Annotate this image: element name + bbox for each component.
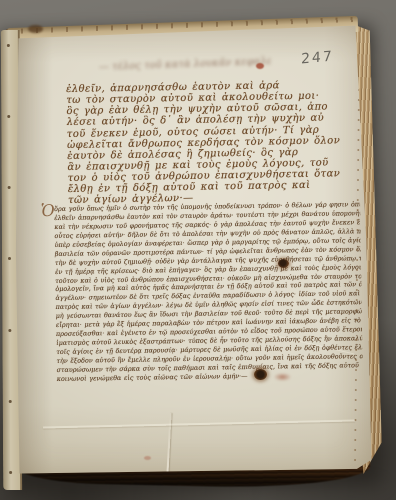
gospel-text-block: ἐλθεῖν, ἀπαρνησάσθω ἑαυτὸν καὶ ἀράτω τὸν… xyxy=(66,79,360,207)
ink-blot xyxy=(254,369,267,380)
manuscript-page: 247 — τέλος τοῦ κατὰ λουκᾶν κεφαλαίου ρξ… xyxy=(13,21,375,479)
commentary-scholia-block: ὅρα γοῦν ὅπως ἡμῖν ὁ σωτὴρ τὸν τῆς ὑπομο… xyxy=(54,200,363,384)
wormhole-speck xyxy=(7,115,10,118)
pricking-hole xyxy=(354,459,356,461)
pricking-hole xyxy=(358,129,360,131)
pricking-hole xyxy=(355,359,357,361)
pricking-hole xyxy=(355,399,357,401)
pricking-hole xyxy=(357,209,359,211)
pricking-hole xyxy=(355,389,357,391)
pricking-hole xyxy=(355,339,357,341)
scholia-initial-letter: Ὁ xyxy=(41,201,56,221)
folio-number: 247 xyxy=(301,49,334,68)
pricking-hole xyxy=(356,299,358,301)
pricking-hole xyxy=(358,109,360,111)
wormhole-speck xyxy=(8,257,11,260)
worn-corner-mark xyxy=(28,25,43,33)
pricking-hole xyxy=(356,289,358,291)
pricking-hole xyxy=(357,149,359,151)
pricking-hole xyxy=(356,319,358,321)
pricking-hole xyxy=(357,159,359,161)
pricking-hole xyxy=(357,139,359,141)
parchment-crease xyxy=(43,419,355,428)
wormhole-speck xyxy=(9,471,12,474)
pricking-hole xyxy=(356,229,358,231)
wormhole-specks xyxy=(7,44,13,474)
red-ink-stain xyxy=(256,63,264,69)
pricking-hole xyxy=(355,329,357,331)
faded-rubric-title: — τέλος τοῦ κατὰ λουκᾶν κεφαλαίου ρξ — xyxy=(99,56,271,78)
pricking-hole xyxy=(356,309,358,311)
pricking-hole xyxy=(356,269,358,271)
faint-red-mark xyxy=(144,456,151,460)
wormhole-speck xyxy=(8,329,11,332)
pricking-hole xyxy=(357,199,359,201)
pricking-hole xyxy=(357,169,359,171)
pricking-hole xyxy=(355,349,357,351)
red-ink-smear xyxy=(274,373,291,381)
pricking-hole xyxy=(357,179,359,181)
pricking-hole xyxy=(355,379,357,381)
pricking-hole xyxy=(356,279,358,281)
pricking-hole xyxy=(356,259,358,261)
pricking-hole xyxy=(354,439,356,441)
manuscript-photo: 247 — τέλος τοῦ κατὰ λουκᾶν κεφαλαίου ρξ… xyxy=(0,0,396,500)
wormhole-speck xyxy=(7,44,10,47)
pricking-hole xyxy=(358,119,360,121)
pricking-hole xyxy=(354,449,356,451)
pricking-hole xyxy=(356,239,358,241)
ink-blot xyxy=(278,259,289,268)
parchment-crease xyxy=(166,413,171,475)
pricking-hole xyxy=(357,219,359,221)
pricking-hole xyxy=(355,369,357,371)
wormhole-speck xyxy=(8,186,11,189)
pricking-hole xyxy=(354,429,356,431)
pricking-hole xyxy=(354,419,356,421)
pricking-hole xyxy=(357,189,359,191)
pricking-hole xyxy=(355,409,357,411)
wormhole-speck xyxy=(9,400,12,403)
pricking-hole xyxy=(356,249,358,251)
